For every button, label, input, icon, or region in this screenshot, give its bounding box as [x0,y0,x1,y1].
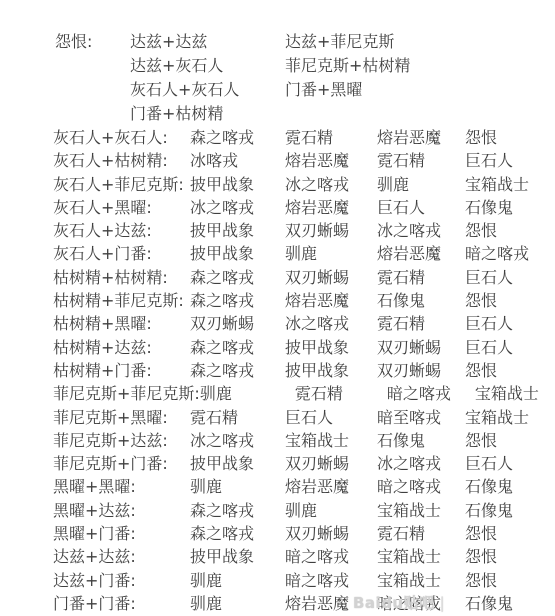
combo-label: 门番+门番: [53,592,190,615]
result-cell-3: 冰之喀戎 [377,219,465,242]
result-cell-2: 双刃蜥蜴 [285,522,377,545]
combo-label: 菲尼克斯+黑曜: [53,406,190,429]
result-cell-2: 霓石精 [285,126,377,149]
result-cell-2: 披甲战象 [285,336,377,359]
result-name-label [55,78,130,102]
result-cell-3: 霓石精 [377,149,465,172]
recipe-row: 枯树精+黑曜: 双刃蜥蜴 冰之喀戎 霓石精 巨石人 [0,312,539,335]
result-cell-4: 巨石人 [465,312,513,335]
recipe-row: 灰石人+菲尼克斯: 披甲战象 冰之喀戎 驯鹿 宝箱战士 [0,173,539,196]
anger-combo-row: 门番+枯树精 [0,102,410,126]
result-cell-4: 怨恨 [465,545,497,568]
recipe-row: 菲尼克斯+菲尼克斯: 驯鹿 霓石精 暗之喀戎 宝箱战士 [0,382,539,405]
baidu-tieba-watermark: Baidu贴吧| [353,592,445,613]
recipe-row: 枯树精+门番: 森之喀戎 披甲战象 双刃蜥蜴 怨恨 [0,359,539,382]
result-cell-3: 霓石精 [377,266,465,289]
recipe-row: 黑曜+门番: 森之喀戎 双刃蜥蜴 霓石精 怨恨 [0,522,539,545]
result-cell-1: 驯鹿 [200,382,295,405]
result-cell-1: 森之喀戎 [190,126,285,149]
result-cell-4: 宝箱战士 [465,406,529,429]
result-cell-2: 熔岩恶魔 [285,475,377,498]
result-cell-1: 冰之喀戎 [190,429,285,452]
recipe-row: 枯树精+菲尼克斯: 森之喀戎 熔岩恶魔 石像鬼 怨恨 [0,289,539,312]
result-cell-2: 暗之喀戎 [285,545,377,568]
combo-label: 灰石人+灰石人: [53,126,190,149]
result-cell-1: 森之喀戎 [190,336,285,359]
result-cell-4: 暗之喀戎 [465,242,529,265]
combo-label: 黑曜+达兹: [53,499,190,522]
result-cell-2: 宝箱战士 [285,429,377,452]
result-cell-2: 双刃蜥蜴 [285,219,377,242]
recipe-row: 灰石人+门番: 披甲战象 驯鹿 熔岩恶魔 暗之喀戎 [0,242,539,265]
result-cell-2: 霓石精 [295,382,387,405]
combo-label: 黑曜+门番: [53,522,190,545]
result-cell-3: 熔岩恶魔 [377,242,465,265]
result-cell-4: 石像鬼 [465,196,513,219]
result-cell-4: 怨恨 [465,126,497,149]
result-cell-1: 披甲战象 [190,452,285,475]
result-cell-3: 暗至喀戎 [377,406,465,429]
result-name-label [55,54,130,78]
result-cell-4: 巨石人 [465,336,513,359]
result-name-label [55,102,130,126]
combo-label: 枯树精+门番: [53,359,190,382]
result-cell-2: 熔岩恶魔 [285,149,377,172]
recipe-row: 灰石人+灰石人: 森之喀戎 霓石精 熔岩恶魔 怨恨 [0,126,539,149]
combo-label: 灰石人+达兹: [53,219,190,242]
result-cell-4: 宝箱战士 [465,173,529,196]
result-cell-1: 冰喀戎 [190,149,285,172]
combo-label: 菲尼克斯+菲尼克斯: [53,382,200,405]
result-cell-4: 怨恨 [465,219,497,242]
result-cell-3: 暗之喀戎 [377,475,465,498]
result-cell-1: 双刃蜥蜴 [190,312,285,335]
result-cell-4: 怨恨 [465,569,497,592]
result-cell-3: 双刃蜥蜴 [377,336,465,359]
anger-combos-block: 怨恨: 达兹+达兹 达兹+菲尼克斯 达兹+灰石人 菲尼克斯+枯树精 灰石人+灰石… [0,30,410,126]
recipe-table: 灰石人+灰石人: 森之喀戎 霓石精 熔岩恶魔 怨恨 灰石人+枯树精: 冰喀戎 熔… [0,126,539,615]
result-cell-3: 宝箱战士 [377,569,465,592]
combo-label: 灰石人+菲尼克斯: [53,173,190,196]
anger-combo-row: 达兹+灰石人 菲尼克斯+枯树精 [0,54,410,78]
watermark-text: Baidu贴吧 [353,594,435,612]
result-cell-2: 巨石人 [285,406,377,429]
result-cell-2: 冰之喀戎 [285,312,377,335]
result-name-label: 怨恨: [55,30,130,54]
result-cell-4: 宝箱战士 [475,382,539,405]
result-cell-3: 巨石人 [377,196,465,219]
result-cell-2: 冰之喀戎 [285,173,377,196]
result-cell-1: 森之喀戎 [190,522,285,545]
result-cell-2: 披甲战象 [285,359,377,382]
combo-label: 菲尼克斯+达兹: [53,429,190,452]
result-cell-2: 驯鹿 [285,242,377,265]
result-cell-2: 驯鹿 [285,499,377,522]
result-cell-1: 霓石精 [190,406,285,429]
result-cell-4: 怨恨 [465,359,497,382]
result-cell-1: 森之喀戎 [190,266,285,289]
result-cell-3: 石像鬼 [377,429,465,452]
result-cell-1: 驯鹿 [190,592,285,615]
result-cell-4: 石像鬼 [465,499,513,522]
result-cell-4: 巨石人 [465,149,513,172]
result-cell-4: 石像鬼 [465,475,513,498]
result-cell-4: 巨石人 [465,266,513,289]
result-cell-4: 怨恨 [465,289,497,312]
combo-label: 枯树精+黑曜: [53,312,190,335]
result-cell-4: 巨石人 [465,452,513,475]
result-cell-3: 驯鹿 [377,173,465,196]
recipe-row: 菲尼克斯+黑曜: 霓石精 巨石人 暗至喀戎 宝箱战士 [0,406,539,429]
anger-combo-row: 灰石人+灰石人 门番+黑曜 [0,78,410,102]
result-cell-4: 石像鬼 [465,592,513,615]
recipe-row: 达兹+门番: 驯鹿 暗之喀戎 宝箱战士 怨恨 [0,569,539,592]
combo-cell: 灰石人+灰石人 [130,78,285,102]
combo-label: 灰石人+门番: [53,242,190,265]
combo-label: 枯树精+达兹: [53,336,190,359]
result-cell-2: 双刃蜥蜴 [285,452,377,475]
recipe-row: 黑曜+达兹: 森之喀戎 驯鹿 宝箱战士 石像鬼 [0,499,539,522]
result-cell-3: 宝箱战士 [377,499,465,522]
recipe-row: 灰石人+达兹: 披甲战象 双刃蜥蜴 冰之喀戎 怨恨 [0,219,539,242]
result-cell-3: 冰之喀戎 [377,452,465,475]
result-cell-2: 双刃蜥蜴 [285,266,377,289]
result-cell-1: 森之喀戎 [190,289,285,312]
result-cell-3: 石像鬼 [377,289,465,312]
result-cell-1: 披甲战象 [190,219,285,242]
result-cell-1: 披甲战象 [190,545,285,568]
recipe-row: 菲尼克斯+达兹: 冰之喀戎 宝箱战士 石像鬼 怨恨 [0,429,539,452]
combo-label: 达兹+达兹: [53,545,190,568]
result-cell-3: 霓石精 [377,522,465,545]
result-cell-2: 熔岩恶魔 [285,196,377,219]
combo-label: 枯树精+枯树精: [53,266,190,289]
recipe-row: 门番+门番: 驯鹿 熔岩恶魔 暗之喀戎 石像鬼 [0,592,539,615]
combo-cell: 菲尼克斯+枯树精 [285,54,410,78]
anger-combo-row: 怨恨: 达兹+达兹 达兹+菲尼克斯 [0,30,410,54]
result-cell-2: 熔岩恶魔 [285,289,377,312]
combo-label: 灰石人+枯树精: [53,149,190,172]
recipe-row: 黑曜+黑曜: 驯鹿 熔岩恶魔 暗之喀戎 石像鬼 [0,475,539,498]
combo-cell: 门番+黑曜 [285,78,362,102]
recipe-row: 灰石人+黑曜: 冰之喀戎 熔岩恶魔 巨石人 石像鬼 [0,196,539,219]
result-cell-1: 驯鹿 [190,475,285,498]
recipe-page: 怨恨: 达兹+达兹 达兹+菲尼克斯 达兹+灰石人 菲尼克斯+枯树精 灰石人+灰石… [0,0,555,616]
result-cell-2: 暗之喀戎 [285,569,377,592]
watermark-bar: | [440,594,446,612]
result-cell-1: 森之喀戎 [190,359,285,382]
combo-label: 黑曜+黑曜: [53,475,190,498]
recipe-row: 达兹+达兹: 披甲战象 暗之喀戎 宝箱战士 怨恨 [0,545,539,568]
combo-label: 达兹+门番: [53,569,190,592]
combo-label: 枯树精+菲尼克斯: [53,289,190,312]
combo-cell: 达兹+达兹 [130,30,285,54]
result-cell-1: 驯鹿 [190,569,285,592]
recipe-row: 菲尼克斯+门番: 披甲战象 双刃蜥蜴 冰之喀戎 巨石人 [0,452,539,475]
recipe-row: 枯树精+达兹: 森之喀戎 披甲战象 双刃蜥蜴 巨石人 [0,336,539,359]
result-cell-1: 冰之喀戎 [190,196,285,219]
combo-cell: 达兹+菲尼克斯 [285,30,394,54]
result-cell-1: 披甲战象 [190,173,285,196]
result-cell-1: 森之喀戎 [190,499,285,522]
result-cell-3: 霓石精 [377,312,465,335]
combo-label: 灰石人+黑曜: [53,196,190,219]
result-cell-3: 熔岩恶魔 [377,126,465,149]
combo-cell: 门番+枯树精 [130,102,285,126]
result-cell-4: 怨恨 [465,522,497,545]
combo-cell: 达兹+灰石人 [130,54,285,78]
combo-label: 菲尼克斯+门番: [53,452,190,475]
result-cell-3: 双刃蜥蜴 [377,359,465,382]
result-cell-1: 披甲战象 [190,242,285,265]
result-cell-3: 暗之喀戎 [387,382,475,405]
result-cell-4: 怨恨 [465,429,497,452]
recipe-row: 枯树精+枯树精: 森之喀戎 双刃蜥蜴 霓石精 巨石人 [0,266,539,289]
result-cell-3: 宝箱战士 [377,545,465,568]
recipe-row: 灰石人+枯树精: 冰喀戎 熔岩恶魔 霓石精 巨石人 [0,149,539,172]
